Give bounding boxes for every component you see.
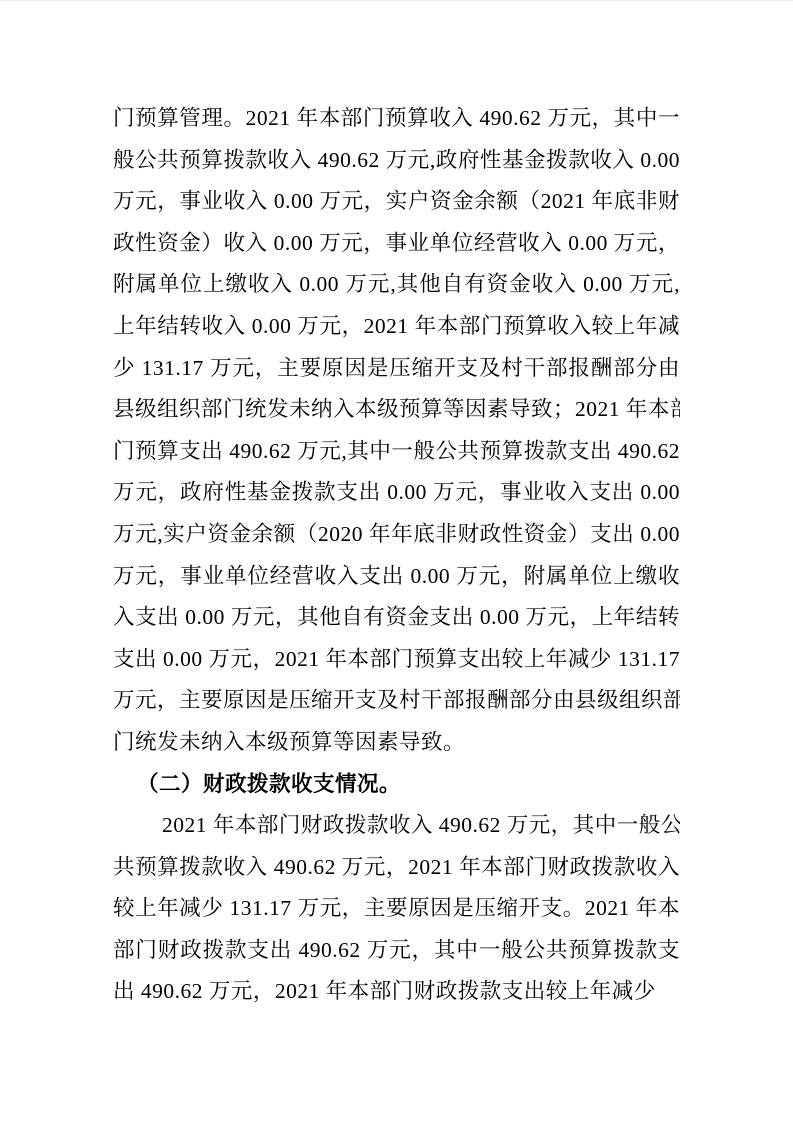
section-heading-fiscal-allocation: （二）财政拨款收支情况。 xyxy=(113,764,680,806)
text-line: 万元，事业单位经营收入支出 0.00 万元，附属单位上缴收 xyxy=(113,556,680,598)
text-line: 门预算支出 490.62 万元,其中一般公共预算拨款支出 490.62 xyxy=(113,431,680,473)
text-line: 共预算拨款收入 490.62 万元，2021 年本部门财政拨款收入 xyxy=(113,847,680,889)
text-line: 部门财政拨款支出 490.62 万元，其中一般公共预算拨款支 xyxy=(113,930,680,972)
text-line: 上年结转收入 0.00 万元，2021 年本部门预算收入较上年减 xyxy=(113,306,680,348)
text-line: 入支出 0.00 万元，其他自有资金支出 0.00 万元，上年结转 xyxy=(113,597,680,639)
document-page: 门预算管理。2021 年本部门预算收入 490.62 万元，其中一般公共预算拨款… xyxy=(0,1,793,1123)
text-line: 万元,实户资金余额（2020 年年底非财政性资金）支出 0.00 xyxy=(113,514,680,556)
paragraph-fiscal-allocation-detail: 2021 年本部门财政拨款收入 490.62 万元，其中一般公共预算拨款收入 4… xyxy=(113,805,680,1013)
paragraph-budget-income-expenditure: 门预算管理。2021 年本部门预算收入 490.62 万元，其中一般公共预算拨款… xyxy=(113,98,680,764)
text-line: 门预算管理。2021 年本部门预算收入 490.62 万元，其中一 xyxy=(113,98,680,140)
text-line: 政性资金）收入 0.00 万元，事业单位经营收入 0.00 万元， xyxy=(113,223,680,265)
text-line: 般公共预算拨款收入 490.62 万元,政府性基金拨款收入 0.00 xyxy=(113,140,680,182)
text-line: 县级组织部门统发未纳入本级预算等因素导致；2021 年本部 xyxy=(113,389,680,431)
text-line: 出 490.62 万元，2021 年本部门财政拨款支出较上年减少 xyxy=(113,971,680,1013)
text-line: 2021 年本部门财政拨款收入 490.62 万元，其中一般公 xyxy=(113,805,680,847)
text-line: 万元，事业收入 0.00 万元，实户资金余额（2021 年底非财 xyxy=(113,181,680,223)
text-line: 附属单位上缴收入 0.00 万元,其他自有资金收入 0.00 万元, xyxy=(113,264,680,306)
text-line: 少 131.17 万元，主要原因是压缩开支及村干部报酬部分由 xyxy=(113,348,680,390)
text-line: 门统发未纳入本级预算等因素导致。 xyxy=(113,722,680,764)
text-line: 万元，主要原因是压缩开支及村干部报酬部分由县级组织部 xyxy=(113,680,680,722)
text-line: 支出 0.00 万元，2021 年本部门预算支出较上年减少 131.17 xyxy=(113,639,680,681)
text-line: 较上年减少 131.17 万元，主要原因是压缩开支。2021 年本 xyxy=(113,888,680,930)
text-line: 万元，政府性基金拨款支出 0.00 万元，事业收入支出 0.00 xyxy=(113,472,680,514)
